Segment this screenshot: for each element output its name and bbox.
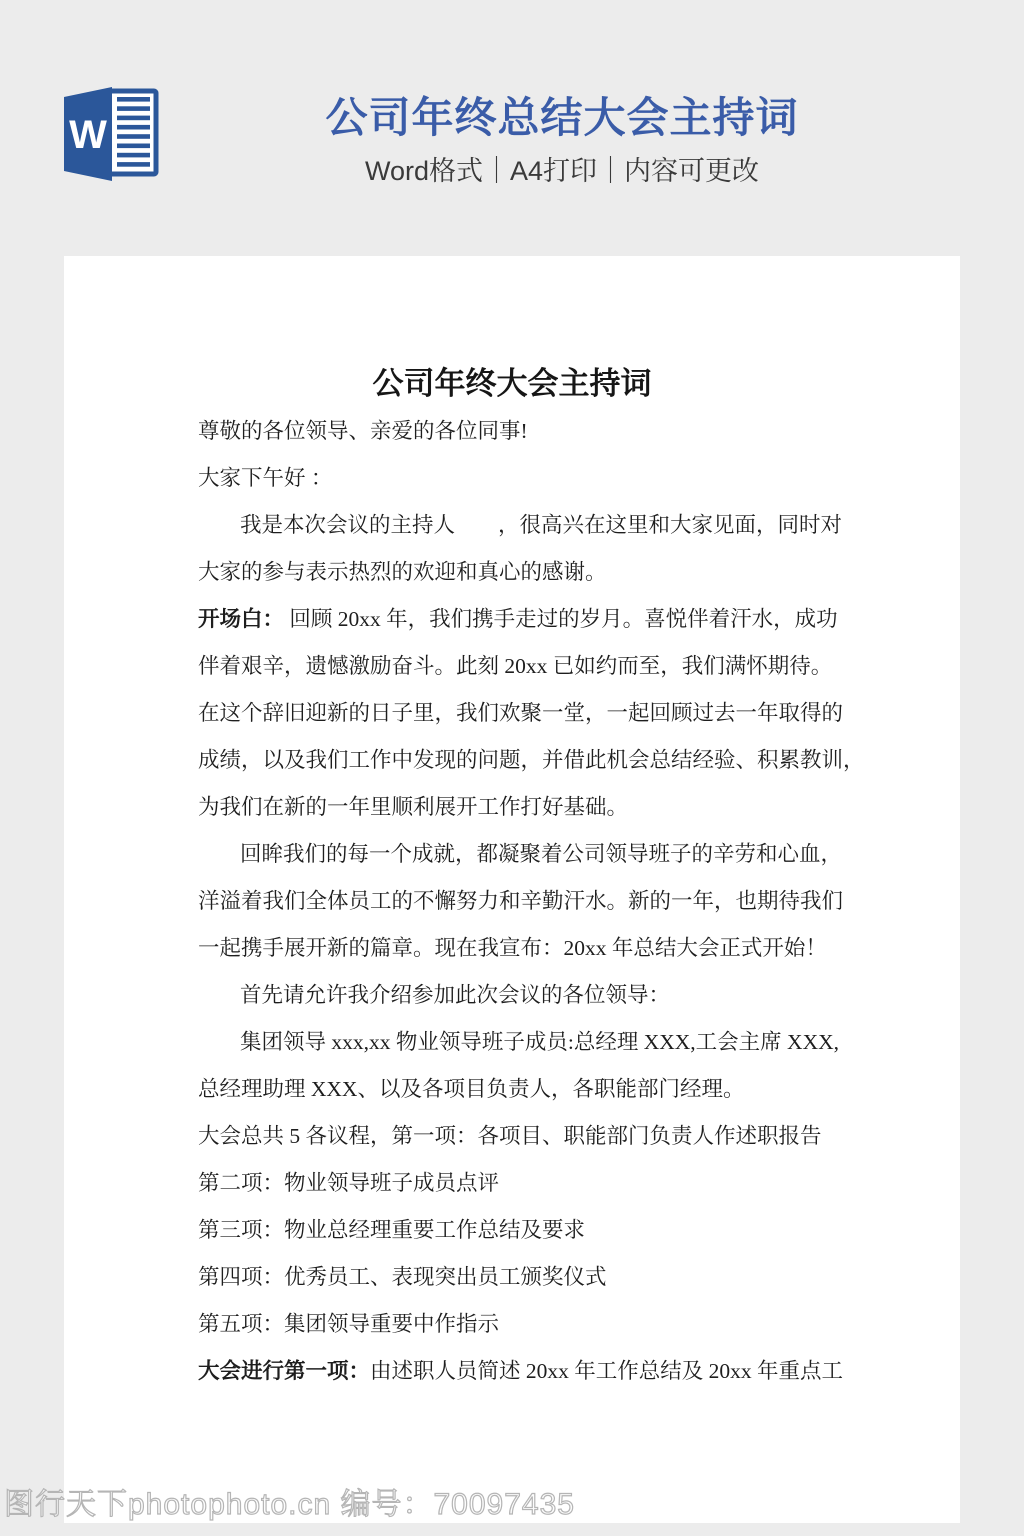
document-line: 我是本次会议的主持人 ，很高兴在这里和大家见面，同时对 [198, 502, 834, 549]
line-text: 我是本次会议的主持人 ，很高兴在这里和大家见面，同时对 [240, 513, 842, 537]
line-text: 洋溢着我们全体员工的不懈努力和辛勤汗水。新的一年，也期待我们 [198, 889, 843, 913]
document-line: 大家的参与表示热烈的欢迎和真心的感谢。 [198, 549, 834, 596]
document-page: 公司年终大会主持词 尊敬的各位领导、亲爱的各位同事! 大家下午好 ： 我是本次会… [64, 256, 960, 1523]
line-bold-prefix: 开场白： [198, 607, 284, 631]
document-line: 一起携手展开新的篇章。现在我宣布：20xx 年总结大会正式开始！ [198, 925, 834, 972]
document-line: 第三项：物业总经理重要工作总结及要求 [198, 1207, 834, 1254]
svg-text:W: W [69, 113, 107, 157]
document-line: 开场白： 回顾 20xx 年，我们携手走过的岁月。喜悦伴着汗水，成功 [198, 596, 834, 643]
document-line: 第二项：物业领导班子成员点评 [198, 1160, 834, 1207]
template-title: 公司年终总结大会主持词 [170, 90, 954, 146]
document-line: 在这个辞旧迎新的日子里，我们欢聚一堂，一起回顾过去一年取得的 [198, 690, 834, 737]
line-text: 集团领导 xxx,xx 物业领导班子成员:总经理 XXX,工会主席 XXX, [240, 1030, 839, 1054]
line-text: 首先请允许我介绍参加此次会议的各位领导： [240, 983, 670, 1007]
line-text: 回顾 20xx 年，我们携手走过的岁月。喜悦伴着汗水，成功 [284, 607, 838, 631]
line-text: 伴着艰辛，遗憾激励奋斗。此刻 20xx 已如约而至，我们满怀期待。 [198, 654, 832, 678]
document-line: 大家下午好 ： [198, 455, 834, 502]
document-line: 伴着艰辛，遗憾激励奋斗。此刻 20xx 已如约而至，我们满怀期待。 [198, 643, 834, 690]
document-line: 总经理助理 XXX、以及各项目负责人，各职能部门经理。 [198, 1066, 834, 1113]
document-line: 成绩，以及我们工作中发现的问题，并借此机会总结经验、积累教训， [198, 737, 834, 784]
document-line: 大会进行第一项：由述职人员简述 20xx 年工作总结及 20xx 年重点工 [198, 1348, 834, 1395]
template-subtitle: Word格式｜A4打印｜内容可更改 [170, 154, 954, 188]
banner-text: 公司年终总结大会主持词 Word格式｜A4打印｜内容可更改 [170, 90, 954, 188]
word-icon: W [62, 82, 162, 186]
line-text: 大会总共 5 各议程，第一项：各项目、职能部门负责人作述职报告 [198, 1124, 822, 1148]
line-text: 尊敬的各位领导、亲爱的各位同事! [198, 419, 528, 443]
line-bold-prefix: 大会进行第一项： [198, 1359, 370, 1383]
banner: W 公司年终总结大会主持词 Word格式｜A4打印｜内容可更改 [0, 0, 1024, 256]
watermark-text: 图行天下photophoto.cn 编号：70097435 [4, 1487, 575, 1523]
watermark-label: 图行天下photophoto.cn 编号：70097435 [4, 1488, 575, 1521]
document-line: 回眸我们的每一个成就，都凝聚着公司领导班子的辛劳和心血， [198, 831, 834, 878]
line-text: 回眸我们的每一个成就，都凝聚着公司领导班子的辛劳和心血， [240, 842, 842, 866]
line-text: 第五项：集团领导重要中作指示 [198, 1312, 499, 1336]
document-line: 第五项：集团领导重要中作指示 [198, 1301, 834, 1348]
line-text: 一起携手展开新的篇章。现在我宣布：20xx 年总结大会正式开始！ [198, 936, 827, 960]
document-line: 第四项：优秀员工、表现突出员工颁奖仪式 [198, 1254, 834, 1301]
document-title: 公司年终大会主持词 [64, 256, 960, 404]
line-text: 第四项：优秀员工、表现突出员工颁奖仪式 [198, 1265, 607, 1289]
document-line: 大会总共 5 各议程，第一项：各项目、职能部门负责人作述职报告 [198, 1113, 834, 1160]
line-text: 为我们在新的一年里顺利展开工作打好基础。 [198, 795, 628, 819]
document-line: 洋溢着我们全体员工的不懈努力和辛勤汗水。新的一年，也期待我们 [198, 878, 834, 925]
line-text: 由述职人员简述 20xx 年工作总结及 20xx 年重点工 [370, 1359, 843, 1383]
line-text: 第二项：物业领导班子成员点评 [198, 1171, 499, 1195]
line-text: 大家的参与表示热烈的欢迎和真心的感谢。 [198, 560, 607, 584]
line-text: 成绩，以及我们工作中发现的问题，并借此机会总结经验、积累教训， [198, 748, 865, 772]
document-line: 尊敬的各位领导、亲爱的各位同事! [198, 408, 834, 455]
line-text: 总经理助理 XXX、以及各项目负责人，各职能部门经理。 [198, 1077, 744, 1101]
line-text: 第三项：物业总经理重要工作总结及要求 [198, 1218, 585, 1242]
document-body: 尊敬的各位领导、亲爱的各位同事! 大家下午好 ： 我是本次会议的主持人 ，很高兴… [64, 404, 960, 1395]
document-line: 首先请允许我介绍参加此次会议的各位领导： [198, 972, 834, 1019]
document-line: 为我们在新的一年里顺利展开工作打好基础。 [198, 784, 834, 831]
document-line: 集团领导 xxx,xx 物业领导班子成员:总经理 XXX,工会主席 XXX, [198, 1019, 834, 1066]
line-text: 在这个辞旧迎新的日子里，我们欢聚一堂，一起回顾过去一年取得的 [198, 701, 843, 725]
line-text: 大家下午好 ： [198, 466, 332, 490]
